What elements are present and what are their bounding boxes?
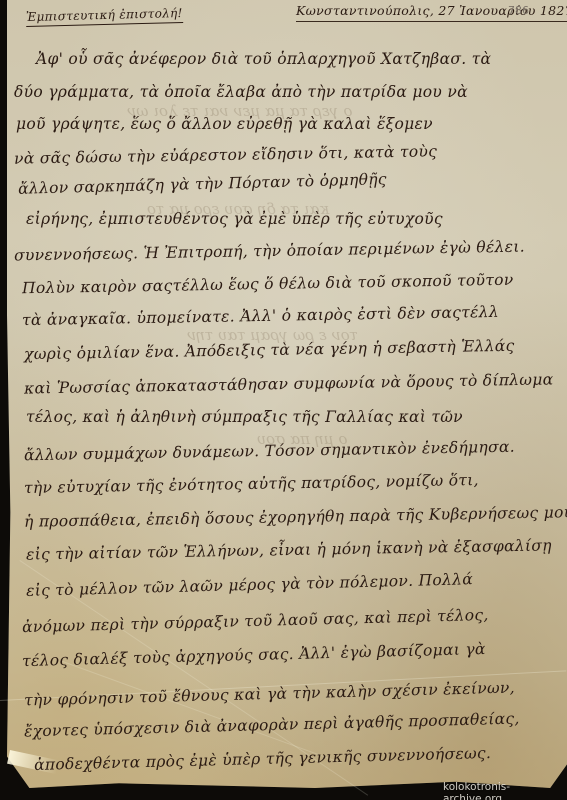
document-scan: ο γερ τα μα μεν ναι τε λοι ων και τα δη … (0, 0, 567, 800)
text-line: Ἀφ' οὗ σᾶς ἀνέφερον διὰ τοῦ ὁπλαρχηγοῦ Χ… (36, 50, 491, 68)
text-line: εἰρήνης, ἐμπιστευθέντος γὰ ἐμὲ ὑπὲρ τῆς … (26, 210, 443, 228)
text-line: μοῦ γράψητε, ἕως ὅ ἄλλον εὐρεθῇ γὰ καλαὶ… (16, 115, 433, 133)
archive-number: 786 (508, 4, 529, 17)
text-line: δύο γράμματα, τὰ ὁποῖα ἔλαβα ἀπὸ τὴν πατ… (14, 83, 468, 101)
text-line: τέλος, καὶ ἡ ἀληθινὴ σύμπραξις τῆς Γαλλί… (26, 408, 463, 426)
archive-watermark: kolokotronis-archive.org (443, 781, 567, 800)
